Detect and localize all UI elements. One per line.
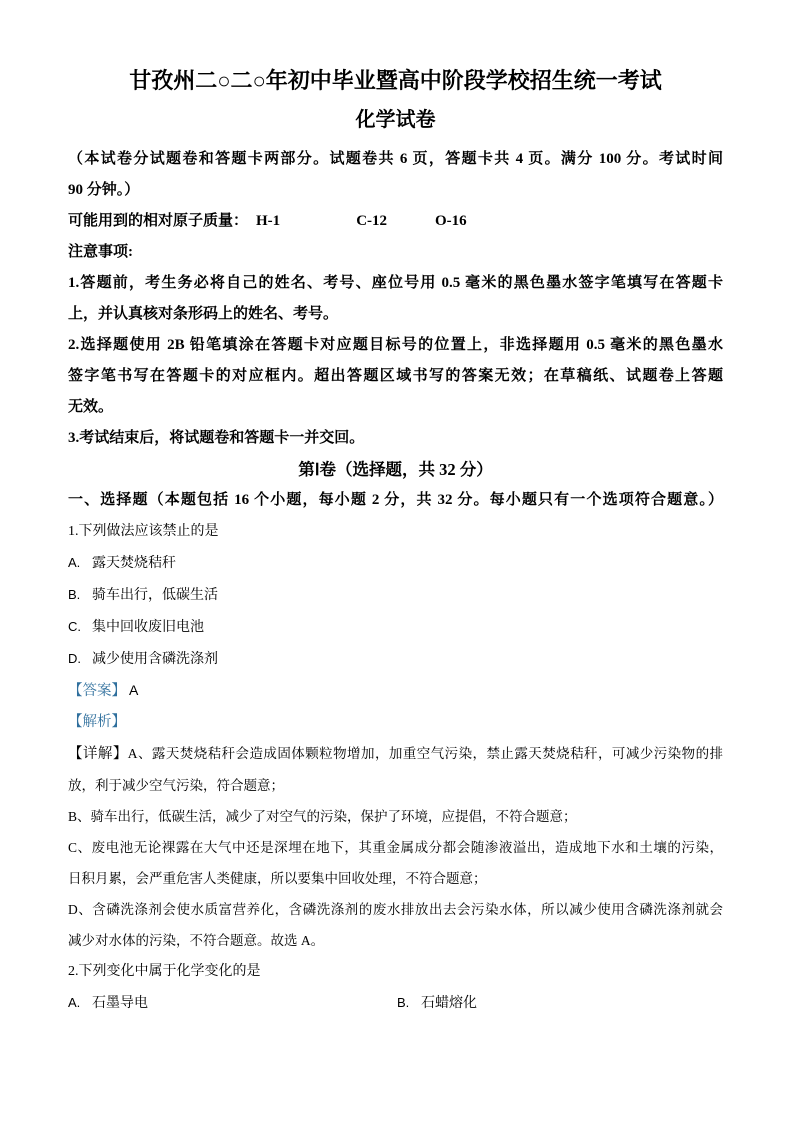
paper-info-line: 90 分钟。） — [68, 175, 723, 206]
option-label: D. — [68, 643, 84, 674]
detail-line: C、废电池无论裸露在大气中还是深埋在地下，其重金属成分都会随渗液溢出，造成地下水… — [68, 832, 723, 863]
option-text: 集中回收废旧电池 — [92, 620, 204, 635]
atomic-mass-line: 可能用到的相对原子质量：H-1C-12O-16 — [68, 206, 723, 237]
detail-line: 减少对水体的污染，不符合题意。故选 A。 — [68, 925, 723, 956]
option-row-c: C.集中回收废旧电池 — [68, 611, 723, 643]
option-row-d: D.减少使用含磷洗涤剂 — [68, 643, 723, 675]
notes-title: 注意事项: — [68, 237, 723, 268]
page-title: 甘孜州二○二○年初中毕业暨高中阶段学校招生统一考试 — [68, 66, 723, 96]
atomic-mass-h: H-1 — [256, 213, 280, 229]
option-row-b: B.骑车出行，低碳生活 — [68, 579, 723, 611]
page-subtitle: 化学试卷 — [68, 105, 723, 135]
notice-line: 签字笔书写在答题卡的对应框内。超出答题区域书写的答案无效；在草稿纸、试题卷上答题 — [68, 361, 723, 392]
option-label: B. — [397, 987, 413, 1018]
option-text: 骑车出行，低碳生活 — [92, 588, 218, 603]
document-body: （本试卷分试题卷和答题卡两部分。试题卷共 6 页，答题卡共 4 页。满分 100… — [68, 144, 723, 1019]
analysis-label: 【解析】 — [68, 714, 126, 730]
answer-value: A — [129, 682, 138, 698]
notice-line: 2.选择题使用 2B 铅笔填涂在答题卡对应题目标号的位置上，非选择题用 0.5 … — [68, 330, 723, 361]
notice-line: 1.答题前，考生务必将自己的姓名、考号、座位号用 0.5 毫米的黑色墨水签字笔填… — [68, 268, 723, 299]
answer-label: 【答案】 — [68, 683, 126, 699]
option-cell-b: B.石蜡熔化 — [397, 996, 477, 1011]
notice-line: 上，并认真核对条形码上的姓名、考号。 — [68, 299, 723, 330]
option-label: A. — [68, 547, 84, 578]
option-label: B. — [68, 579, 84, 610]
part-title: 第Ⅰ卷（选择题，共 32 分） — [68, 454, 723, 485]
option-row-a: A.露天焚烧秸秆 — [68, 547, 723, 579]
atomic-mass-label: 可能用到的相对原子质量： — [68, 213, 248, 229]
detail-line: 【详解】A、露天焚烧秸秆会造成固体颗粒物增加，加重空气污染，禁止露天焚烧秸秆，可… — [68, 738, 723, 770]
analysis-line: 【解析】 — [68, 707, 723, 738]
option-text: 石墨导电 — [92, 996, 148, 1011]
option-text: 石蜡熔化 — [421, 996, 477, 1011]
option-cell-a: A.石墨导电 — [68, 987, 397, 1019]
detail-label: 【详解】 — [68, 746, 128, 762]
option-label: C. — [68, 611, 84, 642]
option-label: A. — [68, 987, 84, 1018]
detail-line: 放，利于减少空气污染，符合题意； — [68, 770, 723, 801]
detail-line: D、含磷洗涤剂会使水质富营养化，含磷洗涤剂的废水排放出去会污染水体，所以减少使用… — [68, 894, 723, 925]
paper-info-line: （本试卷分试题卷和答题卡两部分。试题卷共 6 页，答题卡共 4 页。满分 100… — [68, 144, 723, 175]
question-2-stem: 2.下列变化中属于化学变化的是 — [68, 956, 723, 987]
detail-line: 日积月累，会严重危害人类健康，所以要集中回收处理，不符合题意； — [68, 863, 723, 894]
question-1-stem: 1.下列做法应该禁止的是 — [68, 516, 723, 547]
answer-line: 【答案】A — [68, 675, 723, 707]
section-heading: 一、选择题（本题包括 16 个小题，每小题 2 分，共 32 分。每小题只有一个… — [68, 485, 723, 516]
detail-text: A、露天焚烧秸秆会造成固体颗粒物增加，加重空气污染，禁止露天焚烧秸秆，可减少污染… — [128, 746, 723, 761]
option-text: 减少使用含磷洗涤剂 — [92, 652, 218, 667]
question-2-options-row: A.石墨导电B.石蜡熔化 — [68, 987, 723, 1019]
atomic-mass-o: O-16 — [435, 213, 467, 229]
notice-line: 3.考试结束后，将试题卷和答题卡一并交回。 — [68, 423, 723, 454]
notice-line: 无效。 — [68, 392, 723, 423]
option-text: 露天焚烧秸秆 — [92, 556, 176, 571]
exam-paper-page: 甘孜州二○二○年初中毕业暨高中阶段学校招生统一考试 化学试卷 （本试卷分试题卷和… — [0, 0, 793, 1122]
atomic-mass-c: C-12 — [356, 213, 387, 229]
detail-line: B、骑车出行，低碳生活，减少了对空气的污染，保护了环境，应提倡，不符合题意； — [68, 801, 723, 832]
